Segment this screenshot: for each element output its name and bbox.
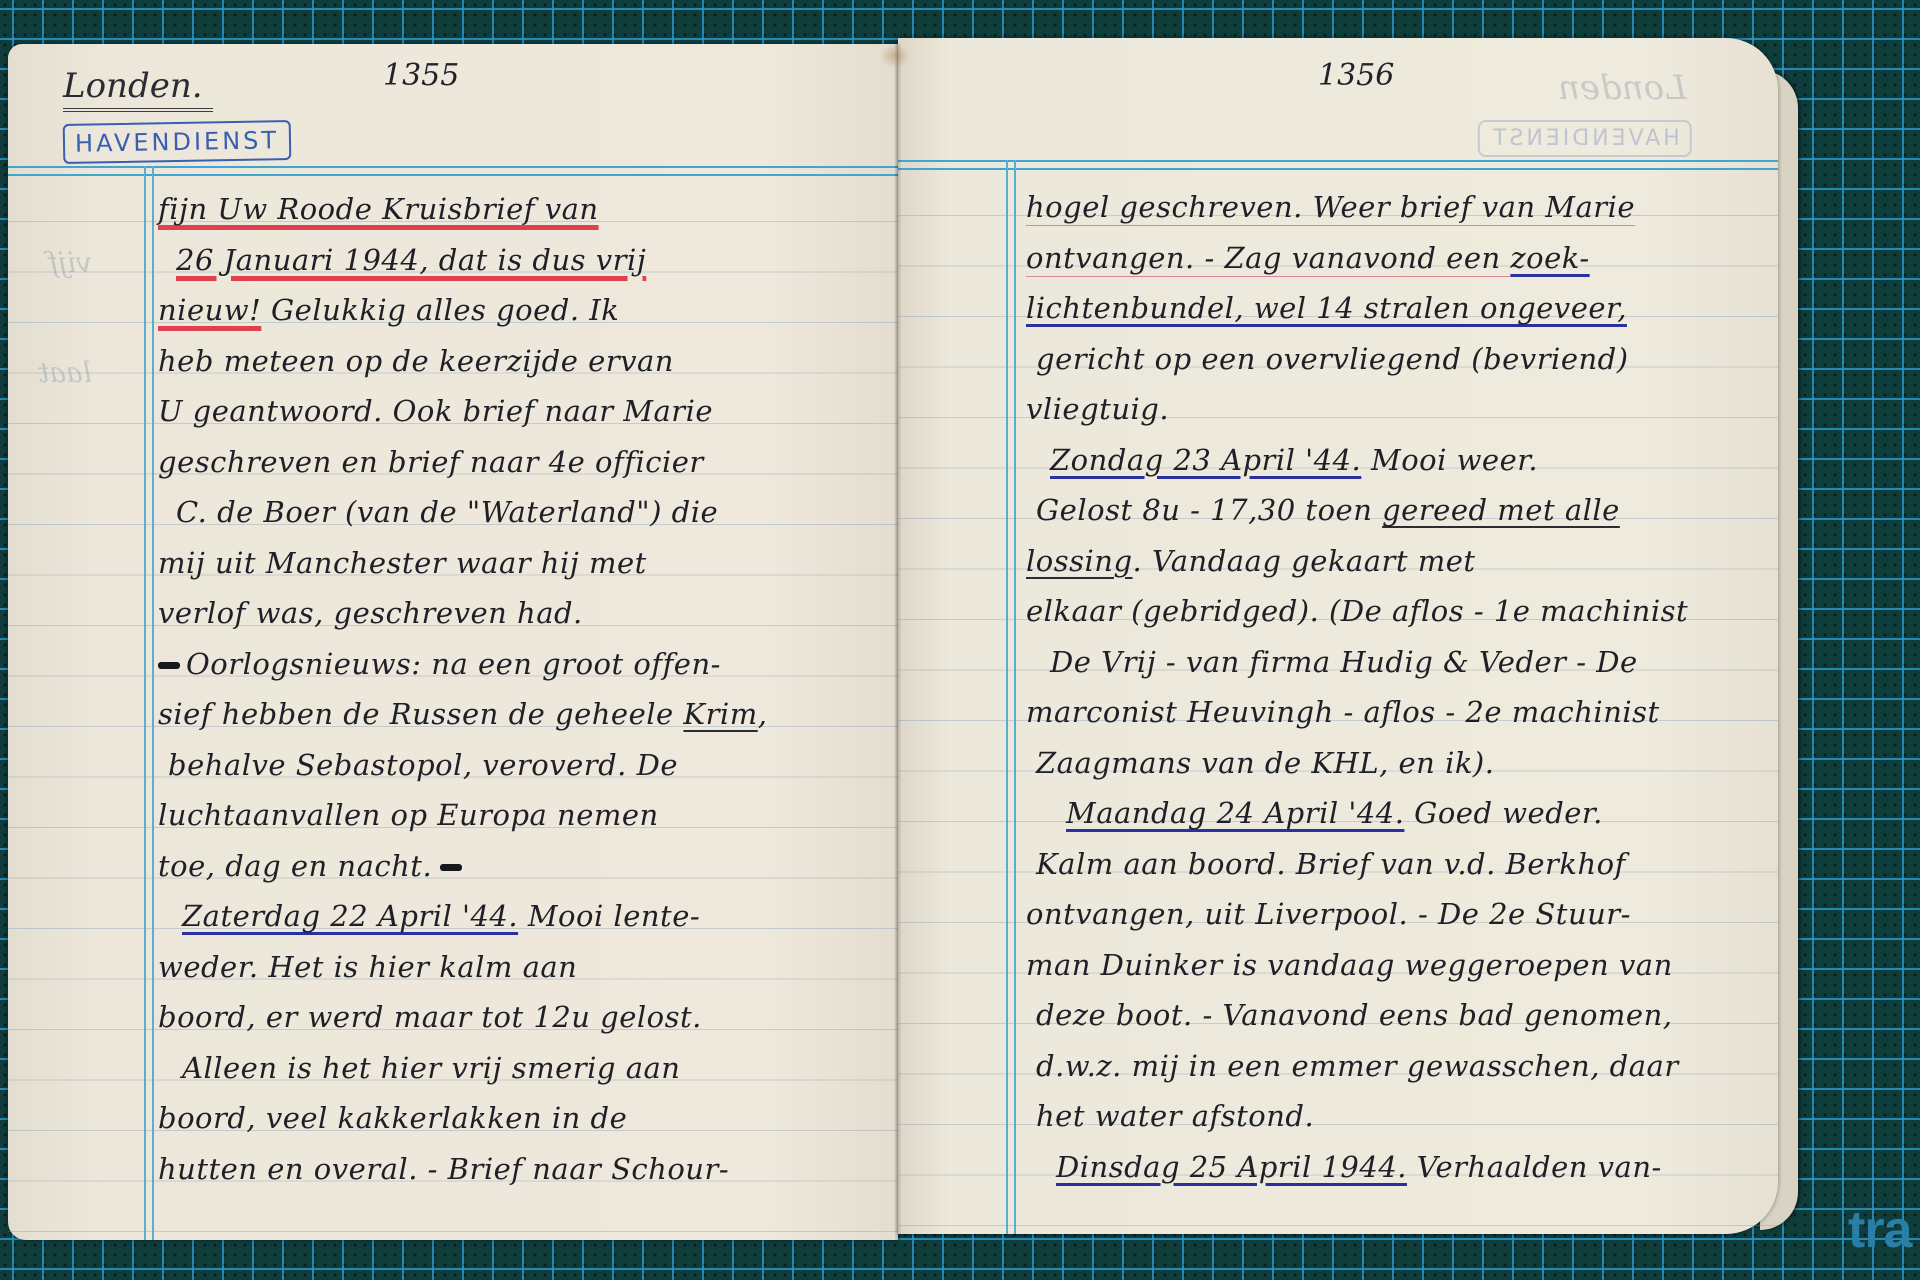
diary-line: toe, dag en nacht. (158, 843, 878, 894)
line-text: U geantwoord. Ook brief naar Marie (158, 394, 713, 428)
line-text: Zaagmans van de KHL, en ik). (1036, 746, 1494, 780)
diary-line: nieuw! Gelukkig alles goed. Ik (158, 287, 878, 338)
line-text: , wel 14 stralen ongeveer, (1234, 291, 1627, 325)
line-text: Goed weder. (1404, 796, 1602, 830)
diary-line: 26 Januari 1944, dat is dus vrij (158, 237, 878, 288)
line-text: heb meteen op de keerzijde ervan (158, 344, 674, 378)
line-text: De Vrij - van firma Hudig & Veder - De (1050, 645, 1638, 679)
date-heading: Maandag 24 April '44. (1066, 796, 1404, 830)
line-text: vliegtuig. (1026, 392, 1169, 426)
ink-dash (440, 864, 462, 871)
diary-line: verlof was, geschreven had. (158, 590, 878, 641)
line-text: gericht op een overvliegend (bevriend) (1036, 342, 1629, 376)
diary-line: d.w.z. mij in een emmer gewasschen, daar (1026, 1043, 1766, 1094)
line-text: man Duinker is vandaag weggeroepen van (1026, 948, 1673, 982)
diary-line: gericht op een overvliegend (bevriend) (1026, 336, 1766, 387)
diary-line: C. de Boer (van de "Waterland") die (158, 489, 878, 540)
diary-line: Gelost 8u - 17,30 toen gereed met alle (1026, 487, 1766, 538)
underlined-word: lichtenbundel (1026, 291, 1234, 325)
line-text: hutten en overal. - Brief naar Schour- (158, 1152, 729, 1186)
diary-line: heb meteen op de keerzijde ervan (158, 338, 878, 389)
line-text: behalve Sebastopol, veroverd. De (168, 748, 678, 782)
page-number-left: 1355 (383, 58, 459, 93)
havendienst-stamp: HAVENDIENST (63, 120, 292, 164)
diary-line: geschreven en brief naar 4e officier (158, 439, 878, 490)
diary-line: fijn Uw Roode Kruisbrief van (158, 186, 878, 237)
diary-line: boord, veel kakkerlakken in de (158, 1095, 878, 1146)
diary-line: Zaagmans van de KHL, en ik). (1026, 740, 1766, 791)
diary-line: Kalm aan boord. Brief van v.d. Berkhof (1026, 841, 1766, 892)
line-text: ontvangen, uit Liverpool. - De 2e Stuur- (1026, 897, 1631, 931)
line-text: mij uit Manchester waar hij met (158, 546, 647, 580)
diary-line: hutten en overal. - Brief naar Schour- (158, 1146, 878, 1197)
line-text: Kalm aan boord. Brief van v.d. Berkhof (1036, 847, 1626, 881)
line-text: 26 Januari 1944, dat is dus vrij (176, 243, 646, 277)
diary-line: het water afstond. (1026, 1093, 1766, 1144)
line-text: , (758, 697, 768, 731)
diary-line: De Vrij - van firma Hudig & Veder - De (1026, 639, 1766, 690)
diary-line: deze boot. - Vanavond eens bad genomen, (1026, 992, 1766, 1043)
line-text: sief hebben de Russen de geheele (158, 697, 683, 731)
line-text: Gelukkig alles goed. Ik (261, 293, 619, 327)
line-text: weder. Het is hier kalm aan (158, 950, 577, 984)
line-text: luchtaanvallen op Europa nemen (158, 798, 659, 832)
left-page-text: fijn Uw Roode Kruisbrief van 26 Januari … (158, 186, 878, 1196)
ruled-area-right: hogel geschreven. Weer brief van Marie o… (898, 160, 1778, 1234)
underlined-word: Krim (683, 697, 757, 731)
diary-line: U geantwoord. Ook brief naar Marie (158, 388, 878, 439)
diary-line-date: Dinsdag 25 April 1944. Verhaalden van- (1026, 1144, 1766, 1195)
age-stain (880, 44, 910, 68)
left-page: Londen. HAVENDIENST 1355 vijf laat fijn … (8, 44, 898, 1240)
diary-line: elkaar (gebridged). (De aflos - 1e machi… (1026, 588, 1766, 639)
left-page-header: Londen. HAVENDIENST (63, 66, 291, 162)
diary-line: man Duinker is vandaag weggeroepen van (1026, 942, 1766, 993)
diary-line: boord, er werd maar tot 12u gelost. (158, 994, 878, 1045)
underlined-phrase: gereed met alle (1382, 493, 1620, 527)
line-text: . Vandaag gekaart met (1133, 544, 1476, 578)
line-text: C. de Boer (van de "Waterland") die (176, 495, 718, 529)
line-text: d.w.z. mij in een emmer gewasschen, daar (1036, 1049, 1679, 1083)
ink-dash (158, 662, 180, 669)
underlined-word: lossing (1026, 544, 1133, 578)
diary-line: lossing. Vandaag gekaart met (1026, 538, 1766, 589)
bleed-through-text: laat (38, 356, 92, 389)
line-text: boord, er werd maar tot 12u gelost. (158, 1000, 702, 1034)
bleed-through-text: vijf (48, 246, 92, 279)
underlined-word: nieuw! (158, 293, 261, 327)
line-text: Oorlogsnieuws: na een groot offen- (186, 647, 721, 681)
line-text: fijn Uw Roode Kruisbrief van (158, 192, 599, 226)
diary-line-date: Maandag 24 April '44. Goed weder. (1026, 790, 1766, 841)
page-number-right: 1356 (1318, 58, 1394, 93)
line-text: Mooi weer. (1361, 443, 1538, 477)
line-text: Alleen is het hier vrij smerig aan (182, 1051, 680, 1085)
underlined-word: zoek- (1510, 241, 1589, 275)
line-text: elkaar (gebridged). (De aflos - 1e machi… (1026, 594, 1688, 628)
diary-line: ontvangen. - Zag vanavond een zoek- (1026, 235, 1766, 286)
line-text: het water afstond. (1036, 1099, 1314, 1133)
bleed-through-header: Londen (1558, 68, 1687, 108)
date-heading: Dinsdag 25 April 1944. (1056, 1150, 1407, 1184)
line-text: Verhaalden van- (1407, 1150, 1662, 1184)
place-heading: Londen. (63, 66, 213, 112)
diary-line: Oorlogsnieuws: na een groot offen- (158, 641, 878, 692)
diary-line: Alleen is het hier vrij smerig aan (158, 1045, 878, 1096)
right-page-text: hogel geschreven. Weer brief van Marie o… (1026, 184, 1766, 1194)
diary-line: behalve Sebastopol, veroverd. De (158, 742, 878, 793)
line-text: marconist Heuvingh - aflos - 2e machinis… (1026, 695, 1660, 729)
diary-line-date: Zaterdag 22 April '44. Mooi lente- (158, 893, 878, 944)
diary-line: hogel geschreven. Weer brief van Marie (1026, 184, 1766, 235)
date-heading: Zaterdag 22 April '44. (182, 899, 518, 933)
diary-line: vliegtuig. (1026, 386, 1766, 437)
diary-line-date: Zondag 23 April '44. Mooi weer. (1026, 437, 1766, 488)
diary-line: lichtenbundel, wel 14 stralen ongeveer, (1026, 285, 1766, 336)
date-heading: Zondag 23 April '44. (1050, 443, 1361, 477)
diary-line: luchtaanvallen op Europa nemen (158, 792, 878, 843)
line-text: Gelost 8u - 17,30 toen (1036, 493, 1382, 527)
line-text: ontvangen. - Zag vanavond een (1026, 241, 1510, 275)
diary-line: weder. Het is hier kalm aan (158, 944, 878, 995)
line-text: toe, dag en nacht. (158, 849, 432, 883)
line-text: Mooi lente- (518, 899, 700, 933)
diary-line: mij uit Manchester waar hij met (158, 540, 878, 591)
cutting-mat-logo: tra (1848, 1200, 1911, 1260)
line-text: verlof was, geschreven had. (158, 596, 583, 630)
diary-line: sief hebben de Russen de geheele Krim, (158, 691, 878, 742)
bleed-through-stamp: HAVENDIENST (1478, 120, 1692, 157)
diary-line: ontvangen, uit Liverpool. - De 2e Stuur- (1026, 891, 1766, 942)
diary-line: marconist Heuvingh - aflos - 2e machinis… (1026, 689, 1766, 740)
line-text: geschreven en brief naar 4e officier (158, 445, 704, 479)
line-text: hogel geschreven. Weer brief van Marie (1026, 190, 1635, 224)
line-text: deze boot. - Vanavond eens bad genomen, (1036, 998, 1672, 1032)
ruled-area-left: vijf laat fijn Uw Roode Kruisbrief van 2… (8, 166, 898, 1240)
right-page: 1356 Londen HAVENDIENST hogel geschreven… (898, 38, 1778, 1234)
book-spine (895, 44, 901, 1240)
line-text: boord, veel kakkerlakken in de (158, 1101, 627, 1135)
